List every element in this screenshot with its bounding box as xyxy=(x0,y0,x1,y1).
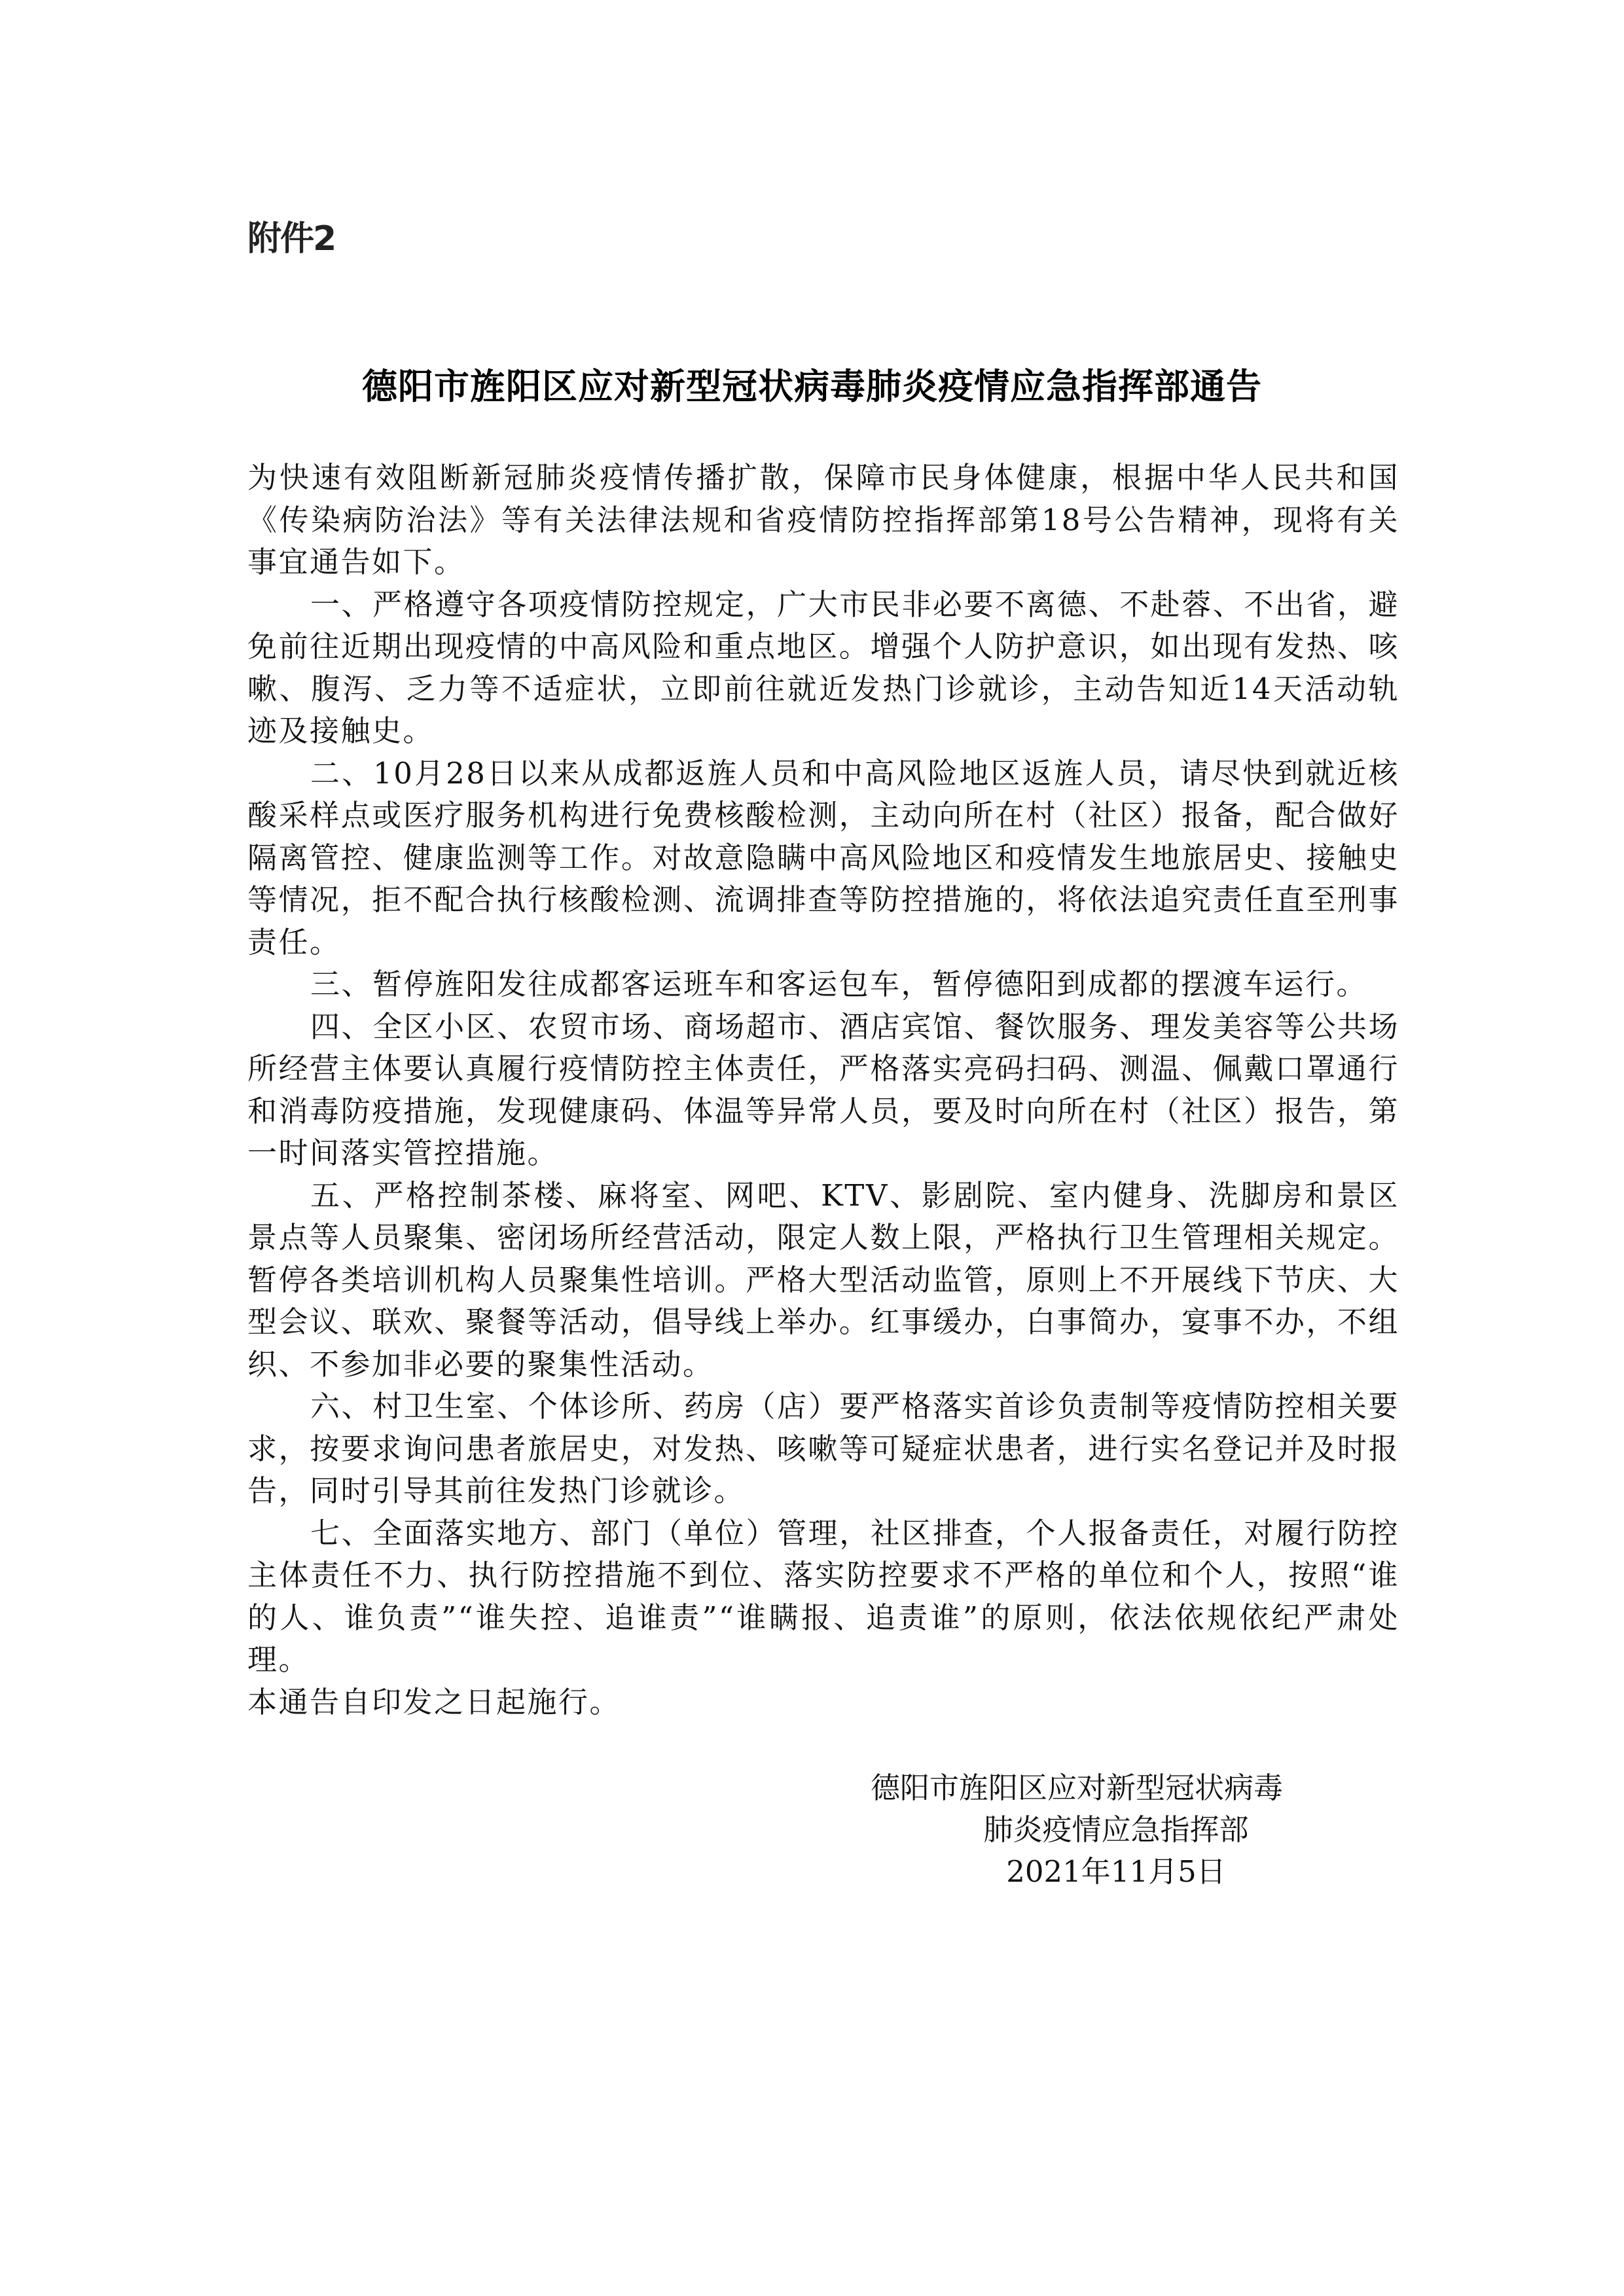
intro-paragraph: 为快速有效阻断新冠肺炎疫情传播扩散，保障市民身体健康，根据中华人民共和国《传染病… xyxy=(247,457,1399,584)
document-body: 为快速有效阻断新冠肺炎疫情传播扩散，保障市民身体健康，根据中华人民共和国《传染病… xyxy=(247,457,1399,1723)
closing-paragraph: 本通告自印发之日起施行。 xyxy=(247,1681,1399,1724)
document-title: 德阳市旌阳区应对新型冠状病毒肺炎疫情应急指挥部通告 xyxy=(0,359,1624,409)
signature-block: 德阳市旌阳区应对新型冠状病毒 肺炎疫情应急指挥部 2021年11月5日 xyxy=(844,1767,1388,1893)
item-paragraph-7: 七、全面落实地方、部门（单位）管理，社区排查，个人报备责任，对履行防控主体责任不… xyxy=(247,1513,1399,1681)
attachment-label: 附件2 xyxy=(247,211,335,260)
item-paragraph-4: 四、全区小区、农贸市场、商场超市、酒店宾馆、餐饮服务、理发美容等公共场所经营主体… xyxy=(247,1006,1399,1175)
item-paragraph-2: 二、10月28日以来从成都返旌人员和中高风险地区返旌人员，请尽快到就近核酸采样点… xyxy=(247,753,1399,964)
signature-date: 2021年11月5日 xyxy=(844,1851,1388,1893)
item-paragraph-1: 一、严格遵守各项疫情防控规定，广大市民非必要不离德、不赴蓉、不出省，避免前往近期… xyxy=(247,584,1399,753)
signature-org-line2: 肺炎疫情应急指挥部 xyxy=(844,1809,1388,1851)
signature-org-line1: 德阳市旌阳区应对新型冠状病毒 xyxy=(844,1767,1388,1809)
item-paragraph-6: 六、村卫生室、个体诊所、药房（店）要严格落实首诊负责制等疫情防控相关要求，按要求… xyxy=(247,1386,1399,1513)
item-paragraph-5: 五、严格控制茶楼、麻将室、网吧、KTV、影剧院、室内健身、洗脚房和景区景点等人员… xyxy=(247,1175,1399,1386)
item-paragraph-3: 三、暂停旌阳发往成都客运班车和客运包车，暂停德阳到成都的摆渡车运行。 xyxy=(247,963,1399,1006)
